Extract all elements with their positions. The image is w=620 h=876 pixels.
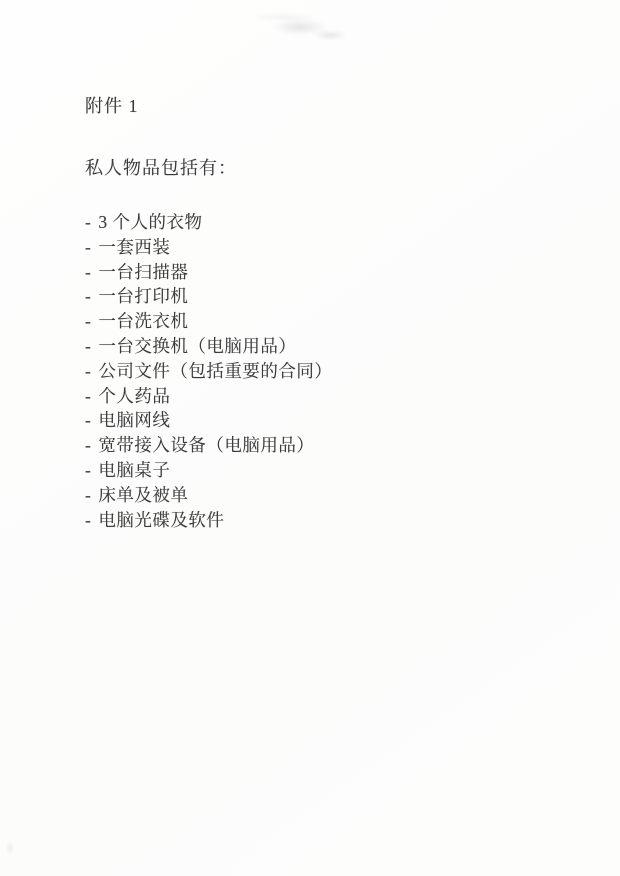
list-item: -一台扫描器 [85,260,555,285]
list-item: -一台交换机（电脑用品） [85,334,555,359]
item-text: 一台打印机 [98,286,188,306]
attachment-title: 附件 1 [85,92,555,118]
item-text: 公司文件（包括重要的合同） [98,361,332,381]
bullet-dash: - [85,433,91,458]
intro-line: 私人物品包括有： [85,154,555,180]
item-text: 一套西装 [98,237,170,257]
item-text: 电脑网线 [98,410,170,430]
bullet-dash: - [85,284,91,309]
bullet-dash: - [85,384,91,409]
list-item: -一套西装 [85,235,555,260]
list-item: -个人药品 [85,384,555,409]
bullet-dash: - [85,359,91,384]
bullet-dash: - [85,483,91,508]
item-text: 床单及被单 [98,485,188,505]
bullet-dash: - [85,408,91,433]
scanned-document-page: 附件 1 私人物品包括有： -3 个人的衣物 -一套西装 -一台扫描器 -一台打… [0,0,620,876]
scan-artifact-mark [2,830,26,866]
item-text: 一台交换机（电脑用品） [98,336,296,356]
bullet-dash: - [85,260,91,285]
bullet-dash: - [85,458,91,483]
item-text: 一台洗衣机 [98,311,188,331]
list-item: -3 个人的衣物 [85,210,555,235]
list-item: -电脑网线 [85,408,555,433]
list-item: -一台打印机 [85,284,555,309]
item-text: 宽带接入设备（电脑用品） [98,435,314,455]
bullet-dash: - [85,334,91,359]
bullet-dash: - [85,235,91,260]
document-content: 附件 1 私人物品包括有： -3 个人的衣物 -一套西装 -一台扫描器 -一台打… [85,92,555,532]
item-text: 3 个人的衣物 [98,212,202,232]
item-text: 电脑桌子 [98,460,170,480]
list-item: -电脑光碟及软件 [85,508,555,533]
item-text: 电脑光碟及软件 [98,510,224,530]
scan-artifact-smudge [245,5,375,50]
list-item: -床单及被单 [85,483,555,508]
item-text: 一台扫描器 [98,262,188,282]
list-item: -一台洗衣机 [85,309,555,334]
list-item: -公司文件（包括重要的合同） [85,359,555,384]
bullet-dash: - [85,309,91,334]
item-text: 个人药品 [98,386,170,406]
list-item: -宽带接入设备（电脑用品） [85,433,555,458]
bullet-dash: - [85,210,91,235]
list-item: -电脑桌子 [85,458,555,483]
item-list: -3 个人的衣物 -一套西装 -一台扫描器 -一台打印机 -一台洗衣机 -一台交… [85,210,555,532]
bullet-dash: - [85,508,91,533]
